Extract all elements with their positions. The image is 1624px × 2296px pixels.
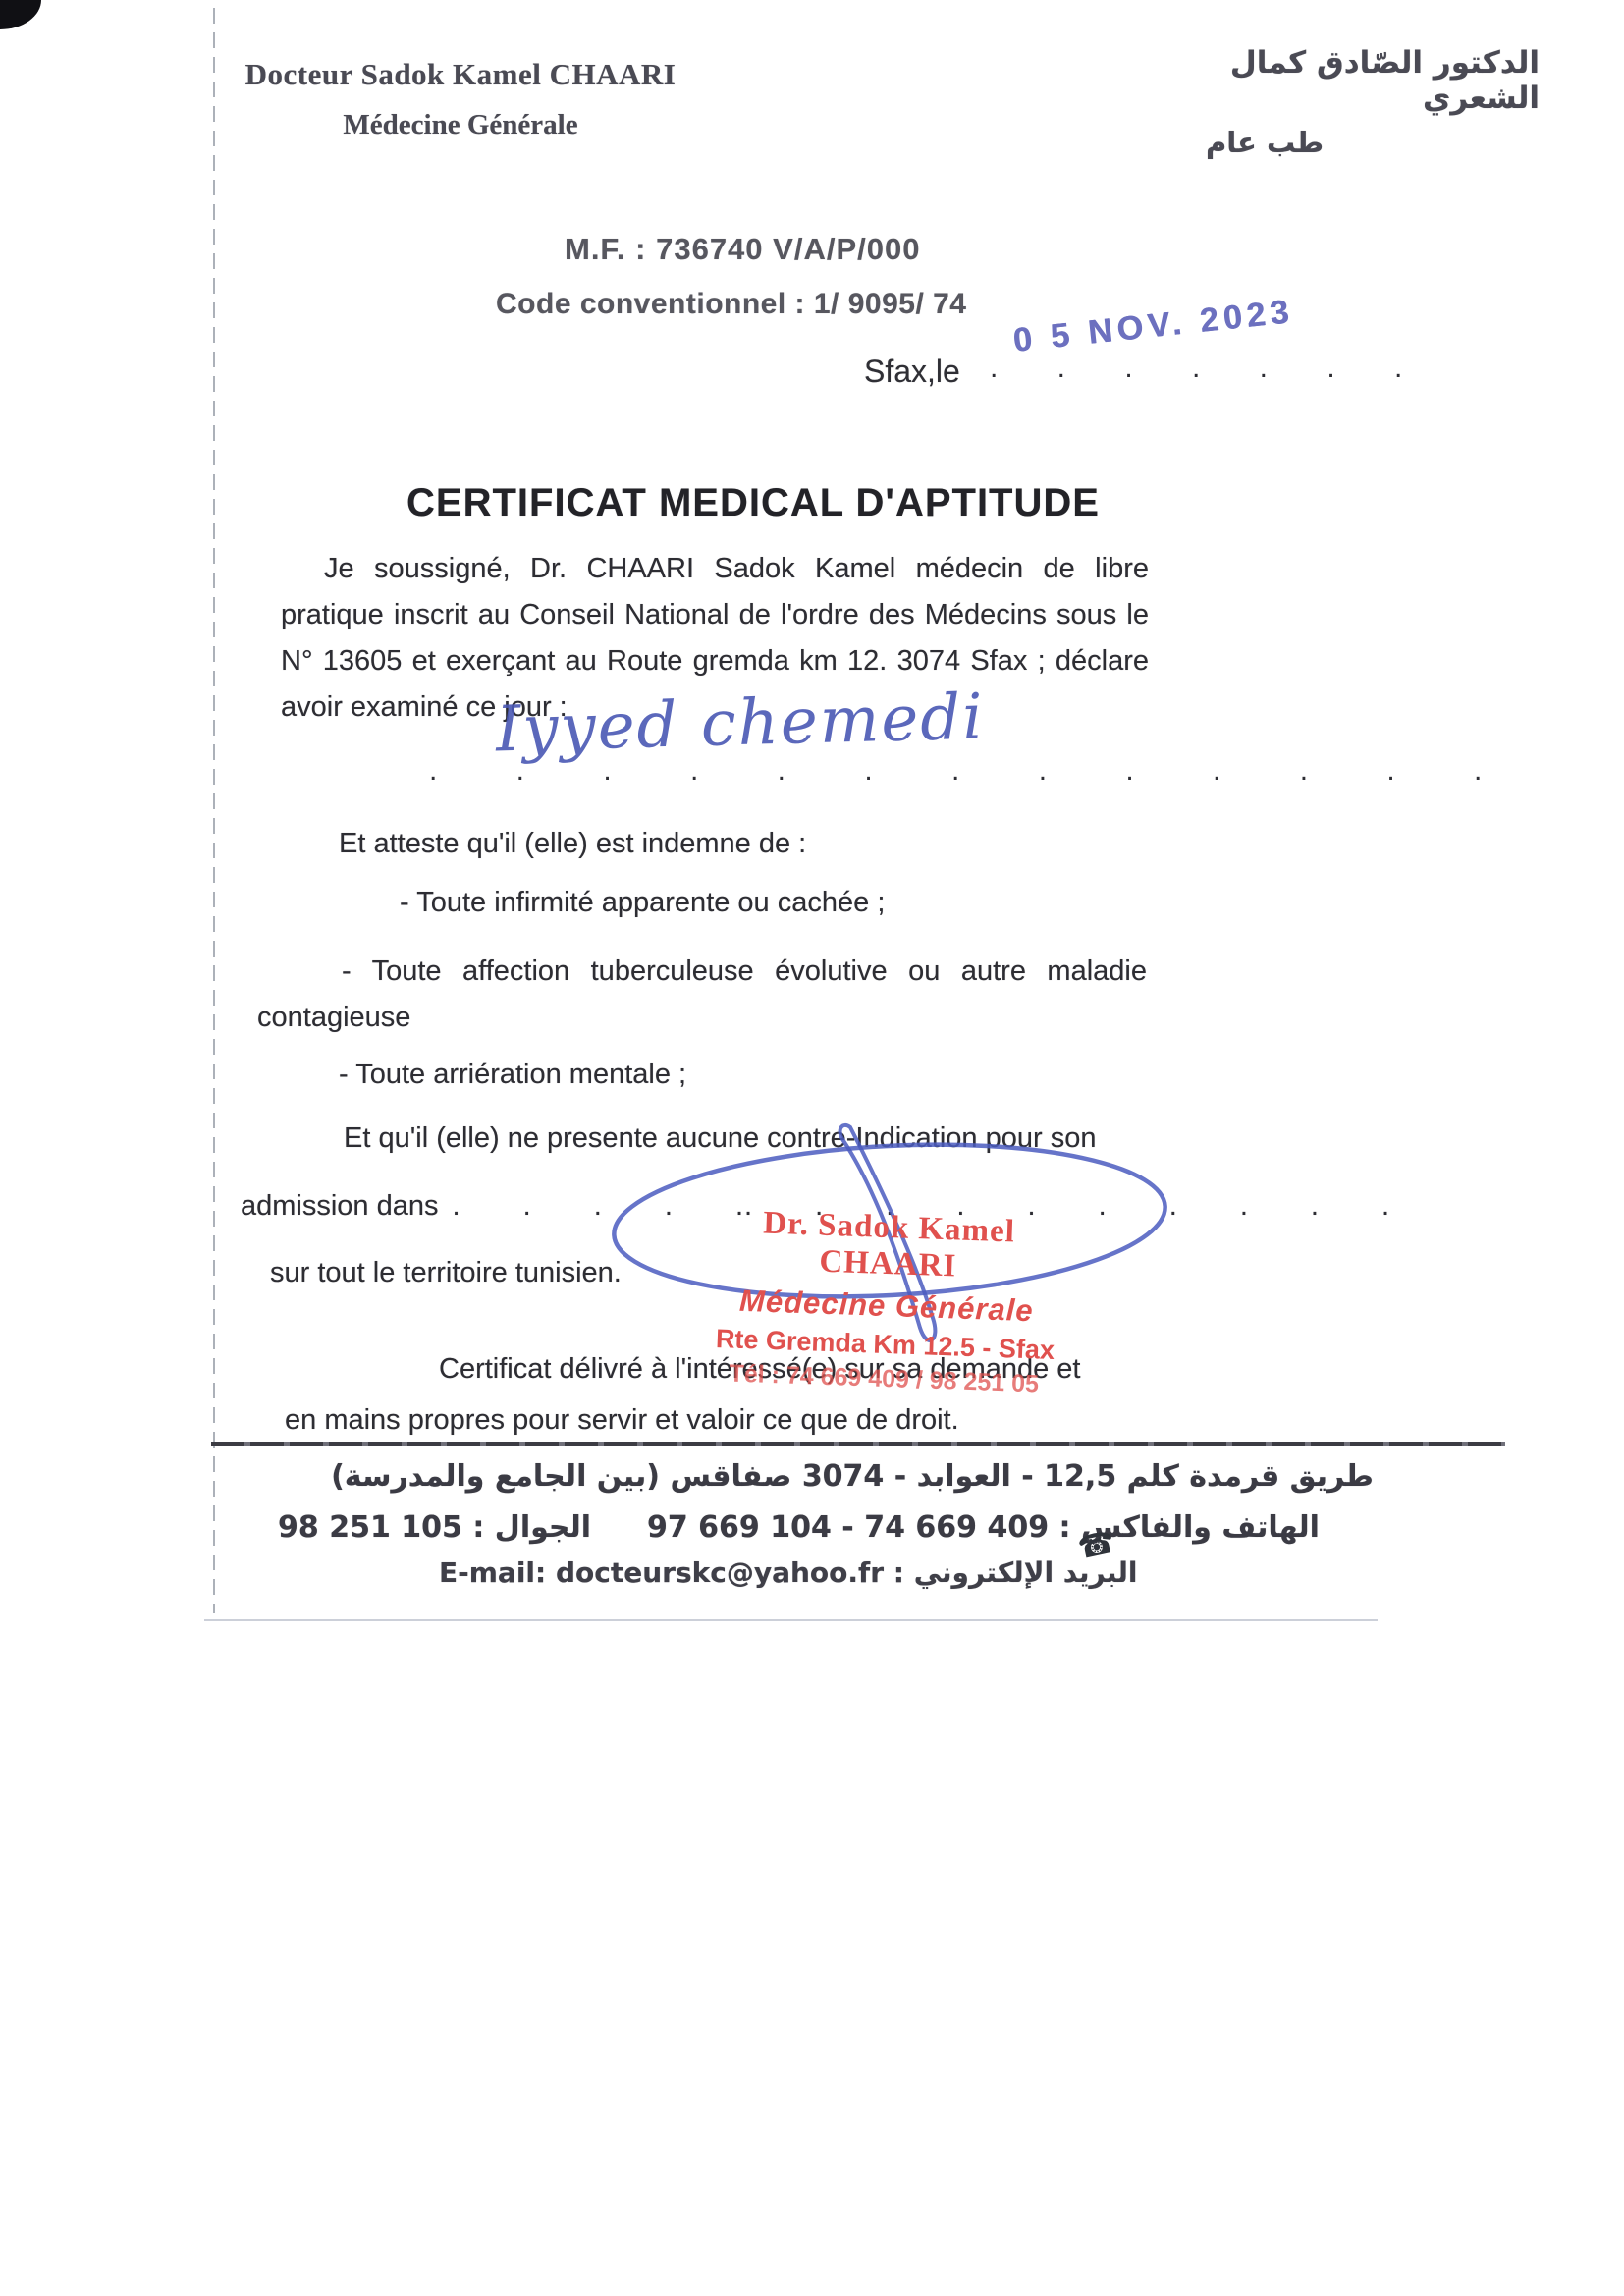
- closing-line-2: en mains propres pour servir et valoir c…: [285, 1404, 959, 1437]
- footer-email-line: E-mail: docteurskc@yahoo.fr : البريد الإ…: [439, 1557, 1137, 1589]
- scan-bottom-edge-line: [204, 1619, 1378, 1621]
- doctor-specialty-french: Médecine Générale: [218, 109, 703, 141]
- condition-item-infirmity: - Toute infirmité apparente ou cachée ;: [400, 887, 885, 919]
- letterhead-arabic: الدكتور الصّادق كمال الشعري طب عام: [1119, 45, 1540, 159]
- doctor-name-arabic: الدكتور الصّادق كمال الشعري: [1119, 45, 1540, 116]
- scan-corner-curl: [0, 0, 41, 29]
- letterhead-french: Docteur Sadok Kamel CHAARI Médecine Géné…: [218, 57, 703, 141]
- handwritten-patient-name: Iyyed chemedi: [495, 681, 985, 766]
- doctor-specialty-arabic: طب عام: [1206, 126, 1540, 159]
- convention-code-line: Code conventionnel : 1/ 9095/ 74: [496, 288, 966, 321]
- certificate-title: CERTIFICAT MEDICAL D'APTITUDE: [297, 481, 1210, 525]
- stamp-specialty: Médecine Générale: [689, 1282, 1083, 1331]
- footer-email-label: E-mail: docteurskc@yahoo.fr :: [439, 1557, 904, 1589]
- stamp-doctor-name: Dr. Sadok Kamel CHAARI: [691, 1203, 1086, 1289]
- footer-mobile-number: 98 251 105: [278, 1510, 462, 1545]
- footer-address-arabic: طريق قرمدة كلم 12,5 - العوابد - 3074 صفا…: [245, 1459, 1459, 1494]
- footer-phone-line: 98 251 105 الجوال : 97 669 104 - 74 669 …: [278, 1510, 1320, 1545]
- footer-phone-numbers: 97 669 104 - 74 669 409: [647, 1510, 1049, 1545]
- footer-separator-rule: [211, 1442, 1505, 1446]
- scan-fold-line: [213, 8, 215, 1613]
- doctor-red-stamp: Dr. Sadok Kamel CHAARI Médecine Générale…: [687, 1203, 1086, 1400]
- date-dotted-line: . . . . . . .: [990, 352, 1403, 385]
- footer-mobile-label: الجوال :: [472, 1510, 591, 1545]
- date-ink-stamp: 0 5 NOV. 2023: [1011, 293, 1295, 360]
- admission-label: admission dans: [241, 1190, 439, 1222]
- doctor-name-french: Docteur Sadok Kamel CHAARI: [218, 57, 703, 92]
- condition-item-tuberculosis: - Toute affection tuberculeuse évolutive…: [257, 949, 1147, 1041]
- fiscal-id-line: M.F. : 736740 V/A/P/000: [565, 232, 920, 267]
- city-date-label: Sfax,le: [864, 354, 960, 390]
- attestation-line: Et atteste qu'il (elle) est indemne de :: [339, 828, 806, 860]
- scanned-medical-certificate: Docteur Sadok Kamel CHAARI Médecine Géné…: [0, 0, 1624, 2296]
- footer-email-label-arabic: البريد الإلكتروني: [914, 1557, 1138, 1589]
